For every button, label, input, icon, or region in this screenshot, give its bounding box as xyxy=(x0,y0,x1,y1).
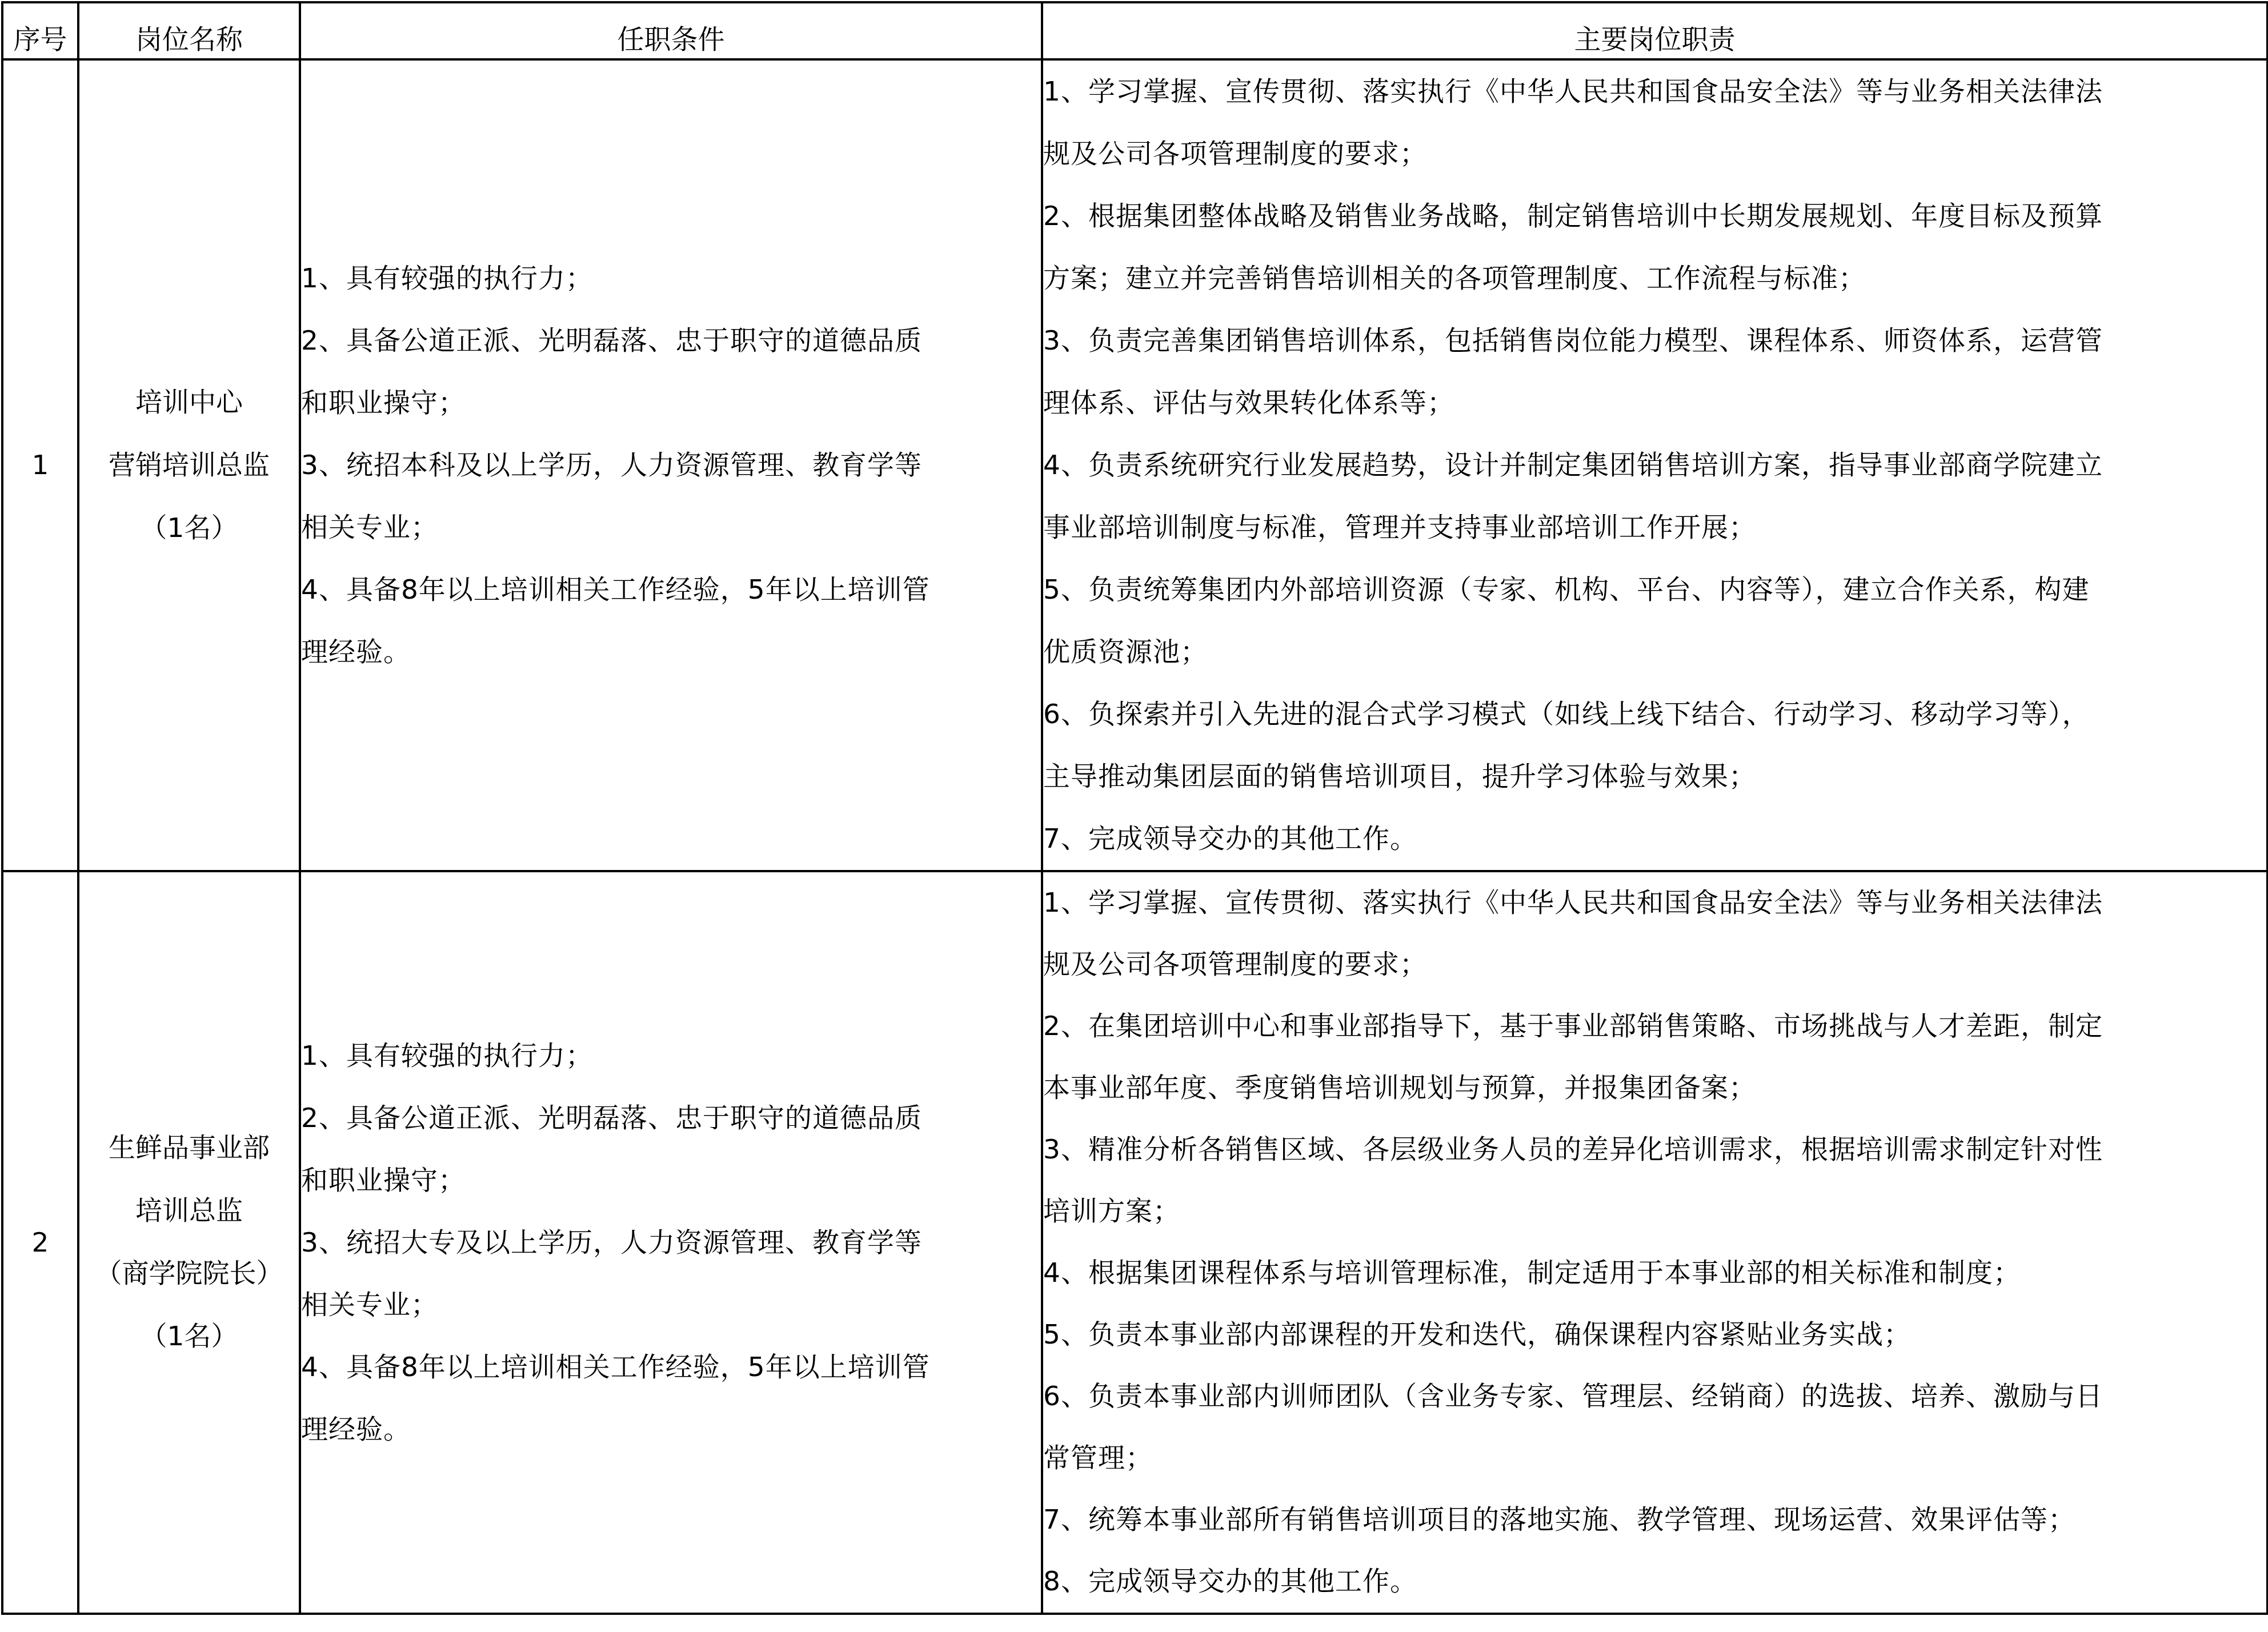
responsibility-line: 3、精准分析各销售区域、各层级业务人员的差异化培训需求，根据培训需求制定针对性 xyxy=(1043,1119,2266,1181)
responsibility-item: 3、负责完善集团销售培训体系，包括销售岗位能力模型、课程体系、师资体系，运营管 … xyxy=(1043,310,2266,434)
responsibility-item: 2、在集团培训中心和事业部指导下，基于事业部销售策略、市场挑战与人才差距，制定 … xyxy=(1043,996,2266,1119)
position-title: 培训中心 营销培训总监 （1名） xyxy=(78,59,300,871)
responsibilities-cell: 1、学习掌握、宣传贯彻、落实执行《中华人民共和国食品安全法》等与业务相关法律法 … xyxy=(1042,59,2267,871)
responsibility-item: 6、负责本事业部内训师团队（含业务专家、管理层、经销商）的选拔、培养、激励与日 … xyxy=(1043,1366,2266,1489)
requirement-line: 3、统招本科及以上学历，人力资源管理、教育学等 xyxy=(301,434,1041,496)
responsibility-line: 理体系、评估与效果转化体系等； xyxy=(1043,372,2266,434)
requirement-line: 3、统招大专及以上学历，人力资源管理、教育学等 xyxy=(301,1212,1041,1274)
responsibility-line: 6、负责本事业部内训师团队（含业务专家、管理层、经销商）的选拔、培养、激励与日 xyxy=(1043,1366,2266,1428)
responsibility-line: 方案；建立并完善销售培训相关的各项管理制度、工作流程与标准； xyxy=(1043,247,2266,310)
header-responsibilities: 主要岗位职责 xyxy=(1042,2,2267,59)
job-posting-table: 序号 岗位名称 任职条件 主要岗位职责 1 培训中心 营销培训总监 （1名） 1… xyxy=(1,1,2268,1615)
responsibility-item: 6、负探索并引入先进的混合式学习模式（如线上线下结合、行动学习、移动学习等）， … xyxy=(1043,683,2266,808)
responsibility-line: 1、学习掌握、宣传贯彻、落实执行《中华人民共和国食品安全法》等与业务相关法律法 xyxy=(1043,61,2266,123)
header-seq: 序号 xyxy=(2,2,78,59)
position-title-line: 培训中心 xyxy=(79,371,299,434)
requirement-line: 相关专业； xyxy=(301,496,1041,559)
requirement-line: 理经验。 xyxy=(301,621,1041,683)
row-seq: 2 xyxy=(2,871,78,1614)
header-requirements: 任职条件 xyxy=(300,2,1042,59)
requirement-line: 4、具备8年以上培训相关工作经验，5年以上培训管 xyxy=(301,559,1041,621)
requirement-item: 2、具备公道正派、光明磊落、忠于职守的道德品质 和职业操守； xyxy=(301,310,1041,434)
responsibilities-cell: 1、学习掌握、宣传贯彻、落实执行《中华人民共和国食品安全法》等与业务相关法律法 … xyxy=(1042,871,2267,1614)
responsibility-item: 4、根据集团课程体系与培训管理标准，制定适用于本事业部的相关标准和制度； xyxy=(1043,1242,2266,1304)
header-position: 岗位名称 xyxy=(78,2,300,59)
responsibility-line: 规及公司各项管理制度的要求； xyxy=(1043,934,2266,996)
row-seq: 1 xyxy=(2,59,78,871)
position-title: 生鲜品事业部 培训总监 （商学院院长） （1名） xyxy=(78,871,300,1614)
responsibility-item: 1、学习掌握、宣传贯彻、落实执行《中华人民共和国食品安全法》等与业务相关法律法 … xyxy=(1043,872,2266,996)
responsibility-line: 6、负探索并引入先进的混合式学习模式（如线上线下结合、行动学习、移动学习等）， xyxy=(1043,683,2266,745)
responsibility-item: 8、完成领导交办的其他工作。 xyxy=(1043,1551,2266,1613)
requirements-cell: 1、具有较强的执行力； 2、具备公道正派、光明磊落、忠于职守的道德品质 和职业操… xyxy=(300,871,1042,1614)
responsibility-line: 5、负责本事业部内部课程的开发和迭代，确保课程内容紧贴业务实战； xyxy=(1043,1304,2266,1366)
responsibility-line: 4、根据集团课程体系与培训管理标准，制定适用于本事业部的相关标准和制度； xyxy=(1043,1242,2266,1304)
requirement-line: 1、具有较强的执行力； xyxy=(301,247,1041,310)
responsibility-item: 5、负责统筹集团内外部培训资源（专家、机构、平台、内容等），建立合作关系，构建 … xyxy=(1043,559,2266,683)
requirement-item: 1、具有较强的执行力； xyxy=(301,1025,1041,1087)
responsibility-line: 1、学习掌握、宣传贯彻、落实执行《中华人民共和国食品安全法》等与业务相关法律法 xyxy=(1043,872,2266,934)
requirement-line: 2、具备公道正派、光明磊落、忠于职守的道德品质 xyxy=(301,310,1041,372)
header-row: 序号 岗位名称 任职条件 主要岗位职责 xyxy=(2,2,2267,59)
responsibility-line: 2、根据集团整体战略及销售业务战略，制定销售培训中长期发展规划、年度目标及预算 xyxy=(1043,185,2266,247)
responsibility-line: 培训方案； xyxy=(1043,1181,2266,1242)
responsibility-line: 规及公司各项管理制度的要求； xyxy=(1043,123,2266,185)
responsibility-line: 常管理； xyxy=(1043,1428,2266,1489)
responsibility-line: 本事业部年度、季度销售培训规划与预算，并报集团备案； xyxy=(1043,1057,2266,1119)
position-title-line: 生鲜品事业部 xyxy=(79,1117,299,1180)
responsibility-line: 7、统筹本事业部所有销售培训项目的落地实施、教学管理、现场运营、效果评估等； xyxy=(1043,1489,2266,1551)
responsibility-line: 5、负责统筹集团内外部培训资源（专家、机构、平台、内容等），建立合作关系，构建 xyxy=(1043,559,2266,621)
responsibility-line: 7、完成领导交办的其他工作。 xyxy=(1043,808,2266,870)
position-title-line: （商学院院长） xyxy=(79,1242,299,1305)
responsibility-item: 1、学习掌握、宣传贯彻、落实执行《中华人民共和国食品安全法》等与业务相关法律法 … xyxy=(1043,61,2266,185)
requirement-line: 和职业操守； xyxy=(301,1149,1041,1212)
responsibility-line: 4、负责系统研究行业发展趋势，设计并制定集团销售培训方案，指导事业部商学院建立 xyxy=(1043,434,2266,496)
responsibility-item: 5、负责本事业部内部课程的开发和迭代，确保课程内容紧贴业务实战； xyxy=(1043,1304,2266,1366)
requirement-line: 1、具有较强的执行力； xyxy=(301,1025,1041,1087)
requirement-line: 理经验。 xyxy=(301,1398,1041,1461)
responsibility-line: 2、在集团培训中心和事业部指导下，基于事业部销售策略、市场挑战与人才差距，制定 xyxy=(1043,996,2266,1057)
table-row: 1 培训中心 营销培训总监 （1名） 1、具有较强的执行力； 2、具备公道正派、… xyxy=(2,59,2267,871)
requirement-item: 3、统招本科及以上学历，人力资源管理、教育学等 相关专业； xyxy=(301,434,1041,559)
responsibility-item: 3、精准分析各销售区域、各层级业务人员的差异化培训需求，根据培训需求制定针对性 … xyxy=(1043,1119,2266,1242)
responsibility-item: 7、完成领导交办的其他工作。 xyxy=(1043,808,2266,870)
requirement-line: 相关专业； xyxy=(301,1274,1041,1336)
responsibility-line: 优质资源池； xyxy=(1043,621,2266,683)
requirement-line: 和职业操守； xyxy=(301,372,1041,434)
requirement-item: 2、具备公道正派、光明磊落、忠于职守的道德品质 和职业操守； xyxy=(301,1087,1041,1212)
responsibility-item: 4、负责系统研究行业发展趋势，设计并制定集团销售培训方案，指导事业部商学院建立 … xyxy=(1043,434,2266,559)
responsibility-line: 8、完成领导交办的其他工作。 xyxy=(1043,1551,2266,1613)
requirement-line: 4、具备8年以上培训相关工作经验，5年以上培训管 xyxy=(301,1336,1041,1398)
position-title-line: （1名） xyxy=(79,1305,299,1368)
responsibility-line: 主导推动集团层面的销售培训项目，提升学习体验与效果； xyxy=(1043,745,2266,808)
position-title-line: 营销培训总监 xyxy=(79,434,299,497)
responsibility-line: 3、负责完善集团销售培训体系，包括销售岗位能力模型、课程体系、师资体系，运营管 xyxy=(1043,310,2266,372)
requirement-item: 1、具有较强的执行力； xyxy=(301,247,1041,310)
requirements-cell: 1、具有较强的执行力； 2、具备公道正派、光明磊落、忠于职守的道德品质 和职业操… xyxy=(300,59,1042,871)
table-row: 2 生鲜品事业部 培训总监 （商学院院长） （1名） 1、具有较强的执行力； 2… xyxy=(2,871,2267,1614)
responsibility-line: 事业部培训制度与标准，管理并支持事业部培训工作开展； xyxy=(1043,496,2266,559)
responsibility-item: 2、根据集团整体战略及销售业务战略，制定销售培训中长期发展规划、年度目标及预算 … xyxy=(1043,185,2266,310)
requirement-item: 4、具备8年以上培训相关工作经验，5年以上培训管 理经验。 xyxy=(301,1336,1041,1461)
responsibility-item: 7、统筹本事业部所有销售培训项目的落地实施、教学管理、现场运营、效果评估等； xyxy=(1043,1489,2266,1551)
requirement-line: 2、具备公道正派、光明磊落、忠于职守的道德品质 xyxy=(301,1087,1041,1149)
position-title-line: （1名） xyxy=(79,497,299,560)
requirement-item: 3、统招大专及以上学历，人力资源管理、教育学等 相关专业； xyxy=(301,1212,1041,1336)
position-title-line: 培训总监 xyxy=(79,1180,299,1242)
requirement-item: 4、具备8年以上培训相关工作经验，5年以上培训管 理经验。 xyxy=(301,559,1041,683)
